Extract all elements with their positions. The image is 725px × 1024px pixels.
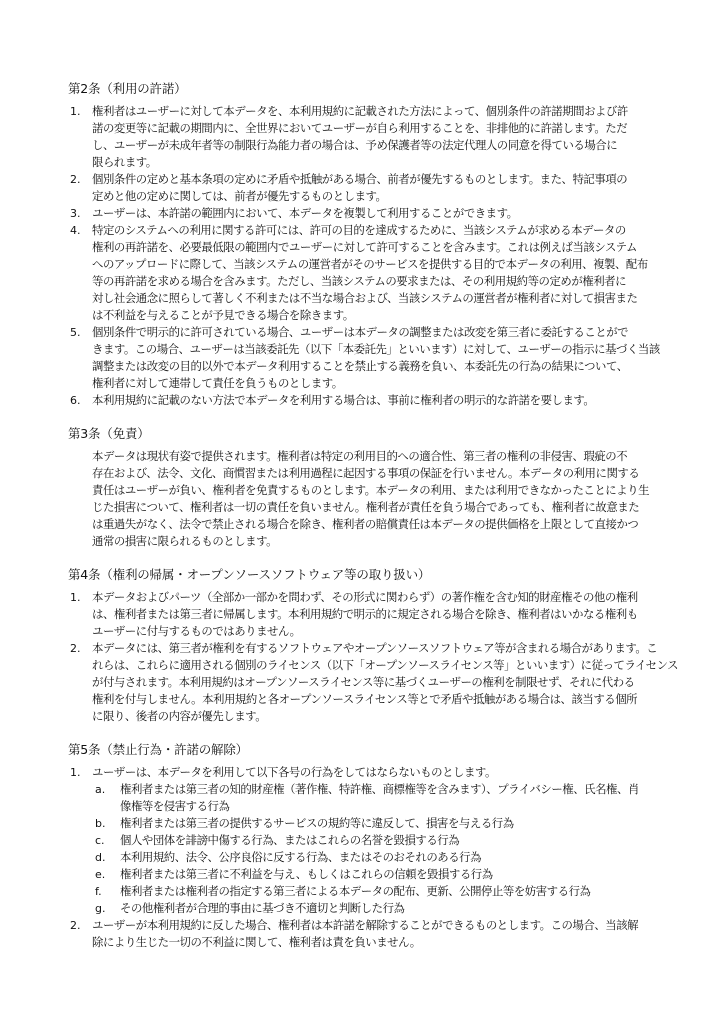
sub-list-item: g. その他権利者が合理的事由に基づき不適切と判断した行為: [68, 900, 658, 917]
text-line: その他権利者が合理的事由に基づき不適切と判断した行為: [120, 900, 658, 917]
list-item: 1. ユーザーは、本データを利用して以下各号の行為をしてはならないものとします。: [68, 764, 658, 781]
list-item: 1. 本データおよびパーツ（全部か一部かを問わず、その形式に関わらず）の著作権を…: [68, 589, 658, 640]
item-number: 1.: [70, 103, 81, 120]
text-line: 責任はユーザーが負い、権利者を免責するものとします。本データの利用、または利用で…: [92, 482, 658, 499]
text-line: 権利を付与しません。本利用規約と各オープンソースライセンス等とで矛盾や抵触がある…: [92, 691, 658, 708]
text-line: 特定のシステムへの利用に関する許可には、許可の目的を達成するために、当該システム…: [92, 222, 658, 239]
item-number: 6.: [70, 392, 81, 409]
article-2: 第2条（利用の許諾） 1. 権利者はユーザーに対して本データを、本利用規約に記載…: [68, 80, 658, 409]
text-line: きます。この場合、ユーザーは当該委託先（以下「本委託先」といいます）に対して、ユ…: [92, 341, 658, 358]
text-line: れらは、これらに適用される個別のライセンス（以下「オープンソースライセンス等」と…: [92, 657, 658, 674]
text-line: ユーザーは、本許諾の範囲内において、本データを複製して利用することができます。: [92, 205, 658, 222]
text-line: じた損害について、権利者は一切の責任を負いません。権利者が責任を負う場合であって…: [92, 499, 658, 516]
text-line: 個人や団体を誹謗中傷する行為、またはこれらの名誉を毀損する行為: [120, 832, 658, 849]
text-line: 本データには、第三者が権利を有するソフトウェアやオープンソースソフトウェア等が含…: [92, 640, 658, 657]
article-heading: 第4条（権利の帰属・オープンソースソフトウェア等の取り扱い）: [68, 566, 658, 583]
article-heading: 第2条（利用の許諾）: [68, 80, 658, 97]
item-number: 1.: [70, 764, 81, 781]
sub-list-item: a. 権利者または第三者の知的財産権（著作権、特許権、商標権等を含みます）、プラ…: [68, 781, 658, 815]
text-line: は、権利者または第三者に帰属します。本利用規約で明示的に規定される場合を除き、権…: [92, 606, 658, 623]
text-line: 存在および、法令、文化、商慣習または利用過程に起因する事項の保証を行いません。本…: [92, 465, 658, 482]
text-line: 権利の再許諾を、必要最低限の範囲内でユーザーに対して許可することを含みます。これ…: [92, 239, 658, 256]
text-line: ユーザーに付与するものではありません。: [92, 623, 658, 640]
list-item: 4. 特定のシステムへの利用に関する許可には、許可の目的を達成するために、当該シ…: [68, 222, 658, 324]
article-3: 第3条（免責） 本データは現状有姿で提供されます。権利者は特定の利用目的への適合…: [68, 425, 658, 550]
text-line: 限られます。: [92, 154, 658, 171]
article-heading: 第3条（免責）: [68, 425, 658, 442]
document-page: 第2条（利用の許諾） 1. 権利者はユーザーに対して本データを、本利用規約に記載…: [68, 80, 658, 967]
text-line: 権利者または第三者の提供するサービスの規約等に違反して、損害を与える行為: [120, 815, 658, 832]
text-line: 個別条件で明示的に許可されている場合、ユーザーは本データの調整または改変を第三者…: [92, 324, 658, 341]
sub-list-item: e. 権利者または第三者に不利益を与え、もしくはこれらの信頼を毀損する行為: [68, 866, 658, 883]
list-item: 1. 権利者はユーザーに対して本データを、本利用規約に記載された方法によって、個…: [68, 103, 658, 171]
text-line: は重過失がなく、法令で禁止される場合を除き、権利者の賠償責任は本データの提供価格…: [92, 516, 658, 533]
text-line: は不利益を与えることが予見できる場合を除きます。: [92, 307, 658, 324]
item-number: 1.: [70, 589, 81, 606]
text-line: に限り、後者の内容が優先します。: [92, 708, 658, 725]
text-line: 像権等を侵害する行為: [120, 798, 658, 815]
text-line: 権利者に対して連帯して責任を負うものとします。: [92, 375, 658, 392]
text-line: 権利者または第三者の知的財産権（著作権、特許権、商標権等を含みます）、プライバシ…: [120, 781, 658, 798]
sub-list-item: f. 権利者または権利者の指定する第三者による本データの配布、更新、公開停止等を…: [68, 883, 658, 900]
list-item: 3. ユーザーは、本許諾の範囲内において、本データを複製して利用することができま…: [68, 205, 658, 222]
list-item: 2. 本データには、第三者が権利を有するソフトウェアやオープンソースソフトウェア…: [68, 640, 658, 725]
text-line: 本データは現状有姿で提供されます。権利者は特定の利用目的への適合性、第三者の権利…: [92, 448, 658, 465]
item-number: 4.: [70, 222, 81, 239]
text-line: 本利用規約に記載のない方法で本データを利用する場合は、事前に権利者の明示的な許諾…: [92, 392, 658, 409]
text-line: ユーザーが本利用規約に反した場合、権利者は本許諾を解除することができるものとしま…: [92, 917, 658, 934]
item-number: 2.: [70, 917, 81, 934]
text-line: 権利者または第三者に不利益を与え、もしくはこれらの信頼を毀損する行為: [120, 866, 658, 883]
text-line: し、ユーザーが未成年者等の制限行為能力者の場合は、予め保護者等の法定代理人の同意…: [92, 137, 658, 154]
paragraph: 本データは現状有姿で提供されます。権利者は特定の利用目的への適合性、第三者の権利…: [68, 448, 658, 550]
text-line: が付与されます。本利用規約はオープンソースライセンス等に基づくユーザーの権利を制…: [92, 674, 658, 691]
text-line: へのアップロードに際して、当該システムの運営者がそのサービスを提供する目的で本デ…: [92, 256, 658, 273]
text-line: 本利用規約、法令、公序良俗に反する行為、またはそのおそれのある行為: [120, 849, 658, 866]
text-line: 個別条件の定めと基本条項の定めに矛盾や抵触がある場合、前者が優先するものとします…: [92, 171, 658, 188]
article-5: 第5条（禁止行為・許諾の解除） 1. ユーザーは、本データを利用して以下各号の行…: [68, 741, 658, 951]
article-heading: 第5条（禁止行為・許諾の解除）: [68, 741, 658, 758]
list-item: 2. ユーザーが本利用規約に反した場合、権利者は本許諾を解除することができるもの…: [68, 917, 658, 951]
sub-list-item: d. 本利用規約、法令、公序良俗に反する行為、またはそのおそれのある行為: [68, 849, 658, 866]
text-line: 定めと他の定めに関しては、前者が優先するものとします。: [92, 188, 658, 205]
article-4: 第4条（権利の帰属・オープンソースソフトウェア等の取り扱い） 1. 本データおよ…: [68, 566, 658, 725]
item-number: 2.: [70, 640, 81, 657]
text-line: 権利者はユーザーに対して本データを、本利用規約に記載された方法によって、個別条件…: [92, 103, 658, 120]
item-number: 3.: [70, 205, 81, 222]
item-letter: f.: [95, 883, 102, 900]
list-item: 6. 本利用規約に記載のない方法で本データを利用する場合は、事前に権利者の明示的…: [68, 392, 658, 409]
item-letter: e.: [95, 866, 105, 883]
text-line: 対し社会通念に照らして著しく不利または不当な場合および、当該システムの運営者が権…: [92, 290, 658, 307]
item-letter: a.: [95, 781, 105, 798]
item-letter: g.: [95, 900, 105, 917]
item-number: 2.: [70, 171, 81, 188]
text-line: 権利者または権利者の指定する第三者による本データの配布、更新、公開停止等を妨害す…: [120, 883, 658, 900]
item-letter: c.: [95, 832, 105, 849]
sub-list-item: c. 個人や団体を誹謗中傷する行為、またはこれらの名誉を毀損する行為: [68, 832, 658, 849]
text-line: 諾の変更等に記載の期間内に、全世界においてユーザーが自ら利用することを、非排他的…: [92, 120, 658, 137]
text-line: 本データおよびパーツ（全部か一部かを問わず、その形式に関わらず）の著作権を含む知…: [92, 589, 658, 606]
text-line: 通常の損害に限られるものとします。: [92, 533, 658, 550]
text-line: 調整または改変の目的以外で本データ利用することを禁止する義務を負い、本委託先の行…: [92, 358, 658, 375]
item-letter: b.: [95, 815, 105, 832]
sub-list-item: b. 権利者または第三者の提供するサービスの規約等に違反して、損害を与える行為: [68, 815, 658, 832]
text-line: 等の再許諾を求める場合を含みます。ただし、当該システムの要求または、その利用規約…: [92, 273, 658, 290]
text-line: ユーザーは、本データを利用して以下各号の行為をしてはならないものとします。: [92, 764, 658, 781]
list-item: 2. 個別条件の定めと基本条項の定めに矛盾や抵触がある場合、前者が優先するものと…: [68, 171, 658, 205]
item-number: 5.: [70, 324, 81, 341]
item-letter: d.: [95, 849, 105, 866]
list-item: 5. 個別条件で明示的に許可されている場合、ユーザーは本データの調整または改変を…: [68, 324, 658, 392]
text-line: 除により生じた一切の不利益に関して、権利者は責を負いません。: [92, 934, 658, 951]
